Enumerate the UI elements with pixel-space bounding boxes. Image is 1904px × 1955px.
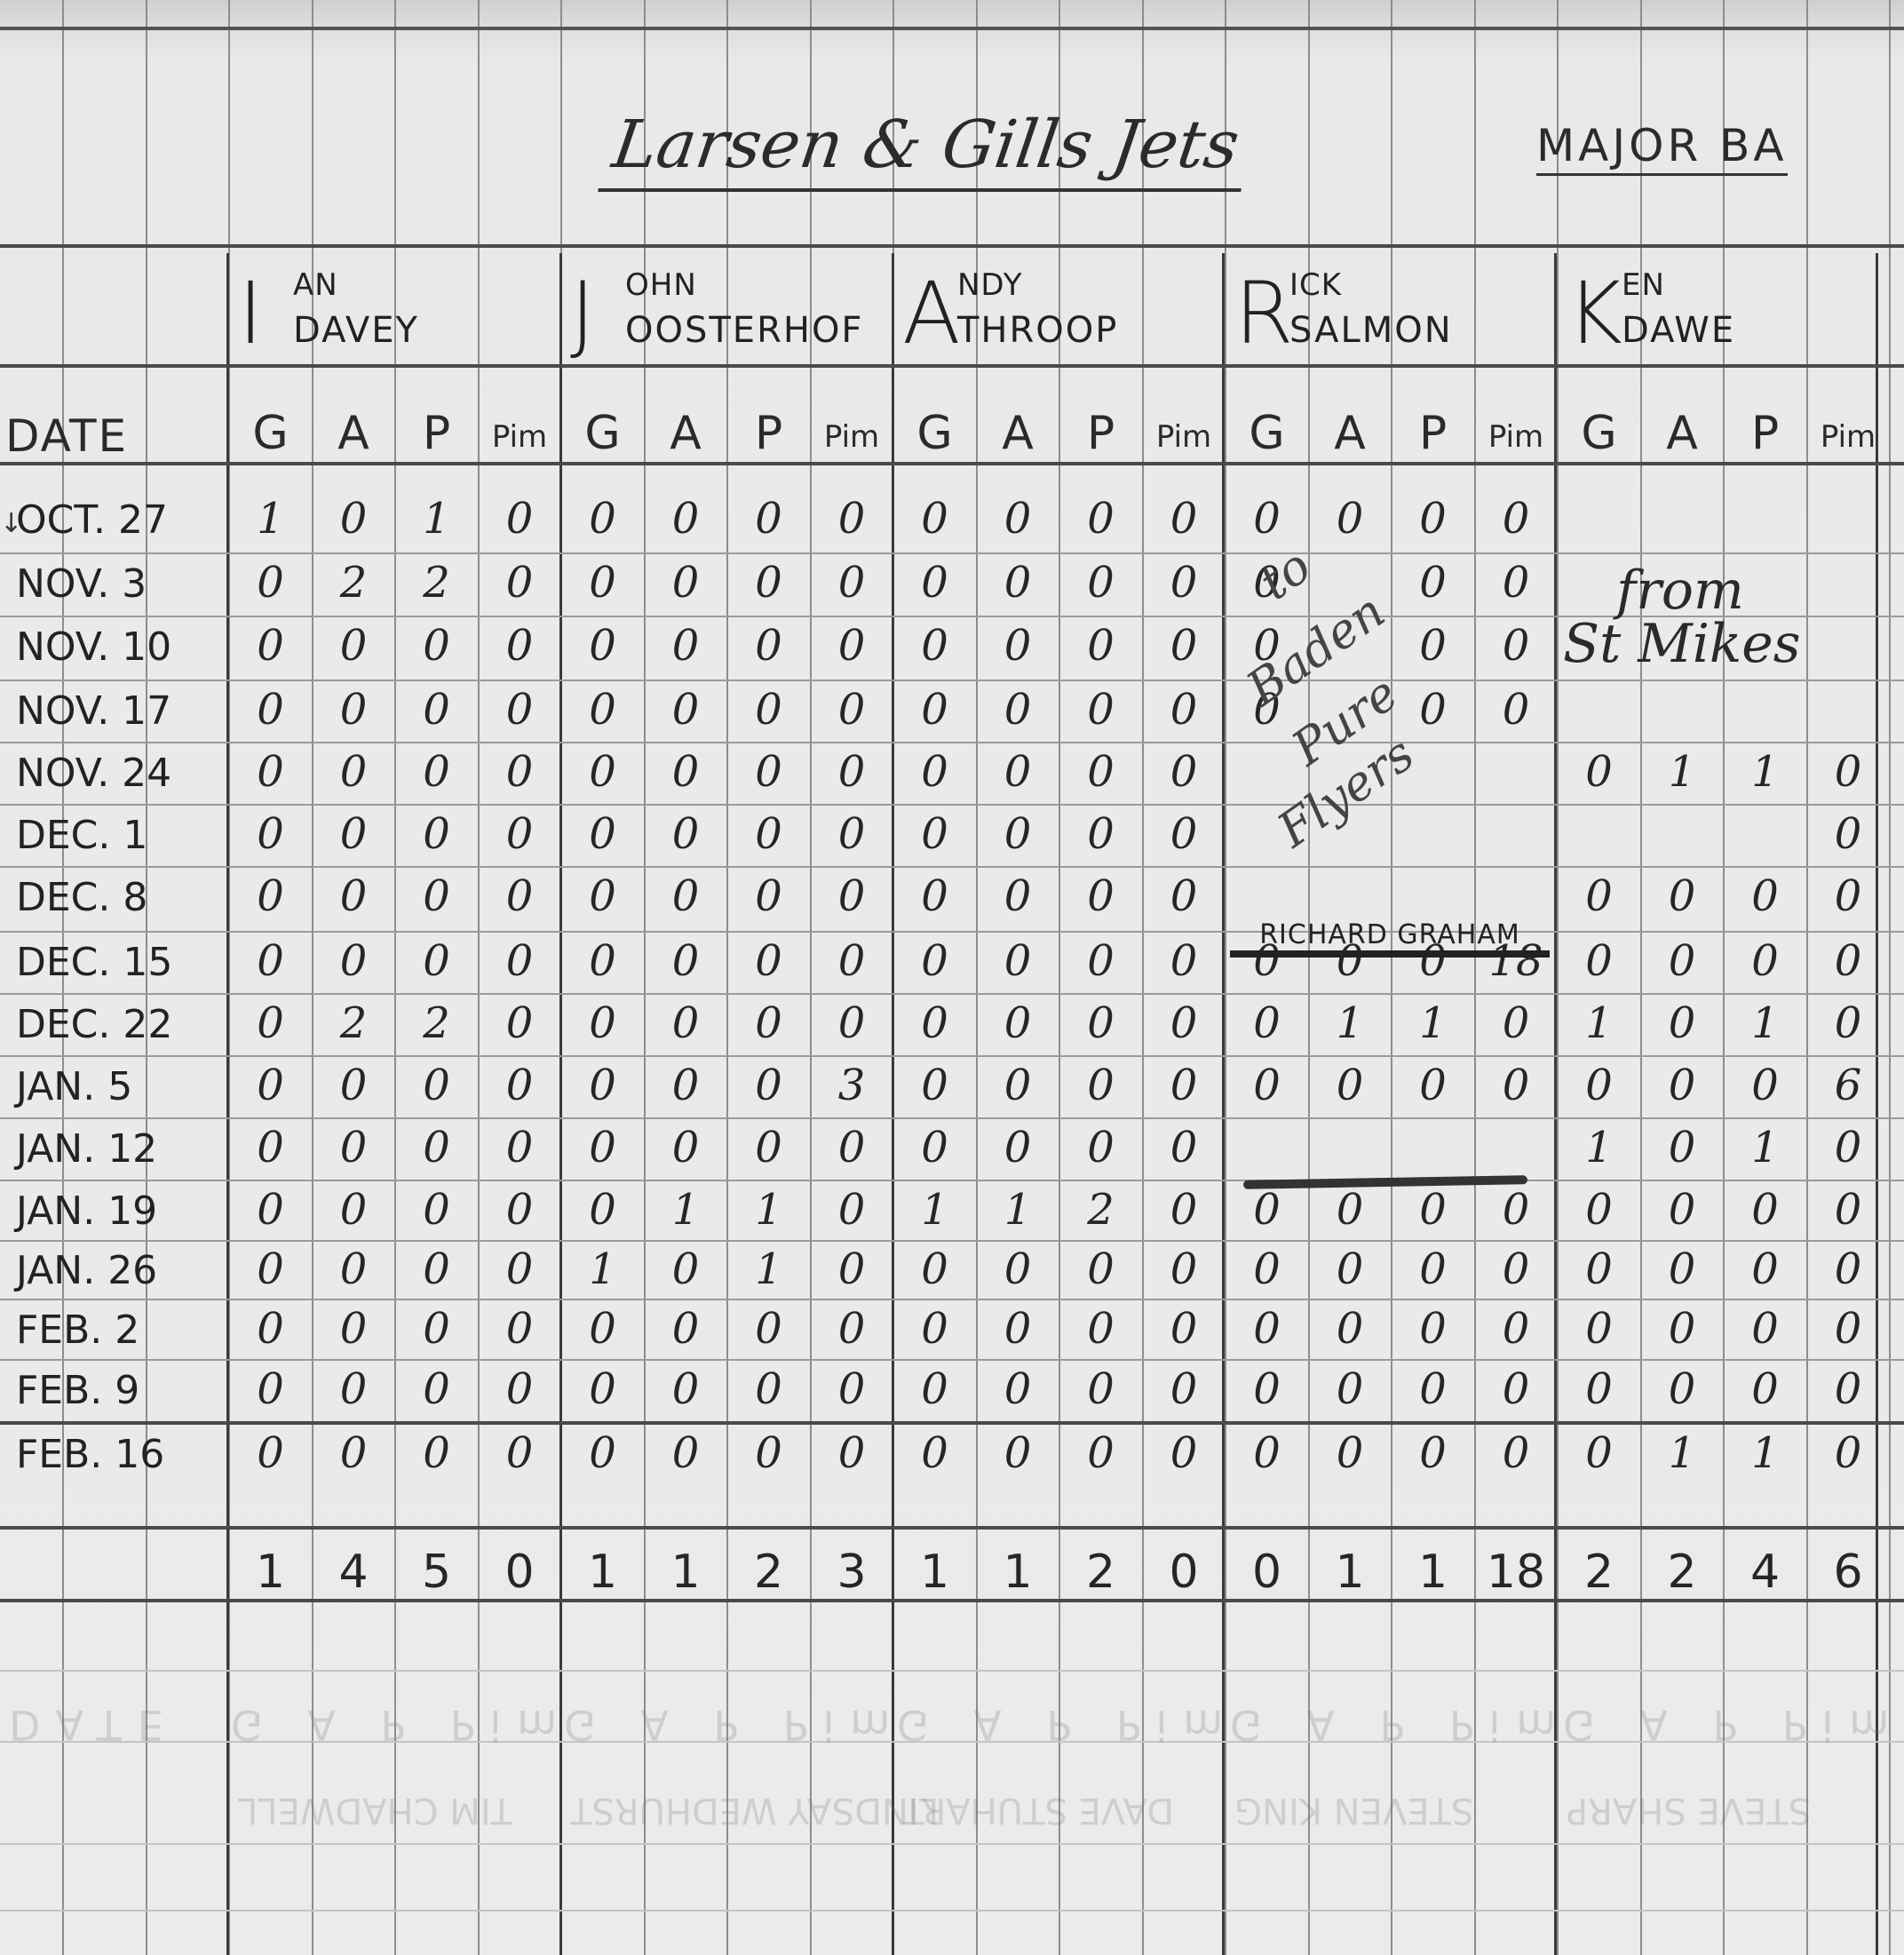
total-cell: 4 <box>1724 1546 1806 1599</box>
stat-cell: 0 <box>977 1244 1059 1294</box>
stat-cell: 0 <box>479 1185 561 1235</box>
stat-cell: 0 <box>1226 1185 1308 1235</box>
stat-cell: 0 <box>1059 1364 1142 1414</box>
note-word: St Mikes <box>1563 613 1801 675</box>
player-initial: I <box>238 271 263 356</box>
stat-cell: 0 <box>727 1304 810 1354</box>
stat-cell: 1 <box>1724 1428 1806 1478</box>
stat-cell: 0 <box>1558 1364 1640 1414</box>
stat-cell: 0 <box>229 1061 312 1110</box>
stat-cell: 0 <box>479 621 561 671</box>
stat-cell: 0 <box>893 621 976 671</box>
game-date: DEC. 22 <box>4 1002 226 1047</box>
stat-cell: 0 <box>479 1364 561 1414</box>
stat-cell: 0 <box>1807 871 1890 921</box>
stat-cell: 0 <box>479 685 561 735</box>
row-rule <box>0 1240 1904 1242</box>
total-cell: 1 <box>1392 1546 1474 1599</box>
stat-cell: 0 <box>229 936 312 986</box>
faint-row-rule <box>0 1910 1904 1911</box>
stat-cell: 0 <box>395 936 478 986</box>
total-cell: 1 <box>893 1546 976 1599</box>
stat-cell: 1 <box>1724 1123 1806 1172</box>
total-cell: 0 <box>479 1546 561 1599</box>
stat-cell: 0 <box>1641 936 1724 986</box>
row-rule <box>0 552 1904 554</box>
top-rule <box>0 27 1904 30</box>
player-header: ANDYTHROOP <box>895 262 1224 364</box>
stat-cell: 0 <box>1059 1428 1142 1478</box>
stat-cell: 1 <box>1558 998 1640 1048</box>
stat-cell: 0 <box>1059 809 1142 859</box>
stat-cell: 0 <box>1059 1244 1142 1294</box>
row-rule <box>0 742 1904 743</box>
row-rule <box>0 804 1904 806</box>
row-rule <box>0 1359 1904 1361</box>
stat-cell: 0 <box>977 621 1059 671</box>
stat-cell: 0 <box>1475 494 1558 544</box>
stat-cell: 0 <box>395 1428 478 1478</box>
stat-cell: 0 <box>229 1428 312 1478</box>
stat-cell: 0 <box>811 871 893 921</box>
stat-cell: 0 <box>811 685 893 735</box>
stat-cell: 0 <box>561 998 644 1048</box>
player-initial: J <box>570 271 595 356</box>
row-rule <box>0 679 1904 681</box>
bleed-name: LINDSAY WEDHURST <box>570 1790 939 1831</box>
game-date: JAN. 26 <box>4 1248 226 1293</box>
section-rule <box>0 1526 1904 1530</box>
stat-cell: 0 <box>1059 998 1142 1048</box>
game-date: OCT. 27 <box>4 497 226 543</box>
arrow-annotation-icon: ↓ <box>0 508 22 539</box>
stat-cell: 0 <box>229 871 312 921</box>
total-cell: 1 <box>1309 1546 1392 1599</box>
stat-cell: 0 <box>645 558 727 608</box>
stat-cell: 0 <box>1392 1244 1474 1294</box>
stat-cell: 0 <box>1143 1061 1226 1110</box>
stat-cell: 0 <box>811 936 893 986</box>
stat-cell: 1 <box>395 494 478 544</box>
stat-cell: 0 <box>1143 685 1226 735</box>
stat-cell: 0 <box>645 998 727 1048</box>
stat-cell: 0 <box>1475 558 1558 608</box>
stat-cell: 0 <box>1724 1364 1806 1414</box>
stat-cell: 0 <box>561 871 644 921</box>
stat-cell: 1 <box>1309 998 1392 1048</box>
stat-cell: 0 <box>1226 1364 1308 1414</box>
bleed-header: G A P Pim <box>1230 1701 1572 1749</box>
stat-cell: 0 <box>977 1364 1059 1414</box>
stat-cell: 0 <box>1143 1304 1226 1354</box>
stat-cell: 0 <box>561 685 644 735</box>
stat-cell: 0 <box>1475 998 1558 1048</box>
player-initial: A <box>902 271 961 356</box>
stat-cell: 0 <box>1226 1061 1308 1110</box>
header-rule <box>0 364 1904 368</box>
stat-cell: 0 <box>395 1185 478 1235</box>
stat-header-g: G <box>893 407 976 460</box>
stat-cell: 0 <box>645 1428 727 1478</box>
stat-cell: 0 <box>1558 1428 1640 1478</box>
stat-cell: 0 <box>893 685 976 735</box>
stat-cell: 0 <box>645 1061 727 1110</box>
total-cell: 4 <box>313 1546 395 1599</box>
row-rule <box>0 1299 1904 1300</box>
stat-cell: 0 <box>811 809 893 859</box>
game-date: JAN. 12 <box>4 1126 226 1172</box>
stat-cell: 0 <box>1059 871 1142 921</box>
stat-cell: 0 <box>1392 621 1474 671</box>
stat-cell: 0 <box>1059 936 1142 986</box>
row-rule <box>0 931 1904 933</box>
stat-cell: 0 <box>727 936 810 986</box>
stat-cell: 0 <box>313 747 395 797</box>
game-date: DEC. 1 <box>4 813 226 858</box>
stat-cell: 0 <box>561 1123 644 1172</box>
stat-cell: 0 <box>1807 809 1890 859</box>
stat-cell: 0 <box>1309 1428 1392 1478</box>
stat-cell: 1 <box>1724 998 1806 1048</box>
stat-header-a: A <box>645 407 727 460</box>
stat-cell: 0 <box>561 1428 644 1478</box>
stat-cell: 3 <box>811 1061 893 1110</box>
row-rule <box>0 866 1904 868</box>
stat-cell: 0 <box>977 998 1059 1048</box>
stat-cell: 0 <box>1143 871 1226 921</box>
total-cell: 3 <box>811 1546 893 1599</box>
stat-header-g: G <box>561 407 644 460</box>
stat-cell: 0 <box>479 1123 561 1172</box>
stat-header-pim: Pim <box>811 419 893 455</box>
stat-cell: 0 <box>229 1123 312 1172</box>
stat-cell: 0 <box>893 1123 976 1172</box>
game-date: JAN. 19 <box>4 1188 226 1234</box>
stat-cell: 0 <box>1143 1364 1226 1414</box>
stat-cell: 0 <box>1226 998 1308 1048</box>
faint-row-rule <box>0 1843 1904 1845</box>
stat-cell: 0 <box>645 936 727 986</box>
stat-cell: 0 <box>479 558 561 608</box>
stat-cell: 0 <box>1641 871 1724 921</box>
total-cell: 1 <box>229 1546 312 1599</box>
header-rule <box>0 462 1904 465</box>
stat-cell: 2 <box>313 558 395 608</box>
stat-cell: 0 <box>1475 1185 1558 1235</box>
stat-cell: 0 <box>229 998 312 1048</box>
stat-cell: 2 <box>395 998 478 1048</box>
stat-cell: 0 <box>1558 1185 1640 1235</box>
stat-cell: 0 <box>645 621 727 671</box>
stat-cell: 0 <box>395 685 478 735</box>
player-initial: K <box>1567 271 1622 356</box>
stat-cell: 0 <box>1807 936 1890 986</box>
stat-cell: 0 <box>1392 1061 1474 1110</box>
bleed-header: G A P Pim <box>1563 1701 1904 1749</box>
stat-header-g: G <box>1226 407 1308 460</box>
stat-cell: 0 <box>1143 809 1226 859</box>
stat-cell: 0 <box>811 1304 893 1354</box>
stat-cell: 0 <box>811 1244 893 1294</box>
stat-cell: 0 <box>1724 1061 1806 1110</box>
stat-cell: 1 <box>561 1244 644 1294</box>
total-cell: 2 <box>727 1546 810 1599</box>
stat-cell: 0 <box>1059 685 1142 735</box>
stat-cell: 0 <box>1226 1244 1308 1294</box>
stat-cell: 0 <box>1059 558 1142 608</box>
stat-cell: 0 <box>229 1364 312 1414</box>
stat-cell: 0 <box>977 1304 1059 1354</box>
stat-cell: 0 <box>893 936 976 986</box>
bleed-name: DAVE STUHART <box>902 1790 1174 1831</box>
stat-header-a: A <box>977 407 1059 460</box>
stat-header-a: A <box>313 407 395 460</box>
stat-cell: 0 <box>645 494 727 544</box>
stat-cell: 6 <box>1807 1061 1890 1110</box>
stat-cell: 0 <box>479 998 561 1048</box>
stat-cell: 0 <box>1807 1185 1890 1235</box>
stat-cell: 1 <box>229 494 312 544</box>
stat-cell: 0 <box>395 809 478 859</box>
stat-cell: 1 <box>727 1244 810 1294</box>
stat-cell: 0 <box>1724 1304 1806 1354</box>
stat-cell: 0 <box>1226 1428 1308 1478</box>
stat-cell: 0 <box>977 1123 1059 1172</box>
game-date: FEB. 9 <box>4 1368 226 1413</box>
stat-cell: 0 <box>1641 1304 1724 1354</box>
stat-cell: 0 <box>1059 1061 1142 1110</box>
header-rule <box>0 244 1904 248</box>
stat-cell: 0 <box>645 1123 727 1172</box>
stat-cell: 0 <box>313 1304 395 1354</box>
stat-cell: 0 <box>1558 871 1640 921</box>
stat-cell: 0 <box>1309 494 1392 544</box>
stat-header-p: P <box>1059 407 1142 460</box>
total-cell: 2 <box>1558 1546 1640 1599</box>
stat-cell: 0 <box>395 621 478 671</box>
player-last-name: DAWE <box>1622 310 1735 351</box>
stat-header-g: G <box>229 407 312 460</box>
stat-cell: 1 <box>1641 747 1724 797</box>
stat-cell: 0 <box>1475 621 1558 671</box>
stat-cell: 0 <box>1143 621 1226 671</box>
stat-cell: 0 <box>479 747 561 797</box>
stat-header-p: P <box>1392 407 1474 460</box>
stat-cell: 0 <box>893 1244 976 1294</box>
stat-cell: 0 <box>479 809 561 859</box>
division-label: MAJOR BA <box>1536 120 1788 176</box>
stat-cell: 0 <box>1392 494 1474 544</box>
stat-cell: 0 <box>479 1428 561 1478</box>
stat-cell: 0 <box>313 1364 395 1414</box>
stat-cell: 0 <box>645 747 727 797</box>
stat-cell: 0 <box>395 1061 478 1110</box>
stat-cell: 0 <box>645 1364 727 1414</box>
player-first-name: EN <box>1622 267 1665 303</box>
stat-header-pim: Pim <box>1143 419 1226 455</box>
section-rule <box>0 1599 1904 1602</box>
stat-cell: 0 <box>811 1185 893 1235</box>
stat-cell: 0 <box>229 809 312 859</box>
stat-header-pim: Pim <box>1475 419 1558 455</box>
total-cell: 0 <box>1143 1546 1226 1599</box>
stat-cell: 0 <box>1475 1428 1558 1478</box>
total-cell: 1 <box>977 1546 1059 1599</box>
stat-cell: 0 <box>1143 1244 1226 1294</box>
stat-cell: 0 <box>1558 936 1640 986</box>
stat-cell: 0 <box>1143 558 1226 608</box>
stat-cell: 0 <box>313 871 395 921</box>
stat-cell: 0 <box>1807 1244 1890 1294</box>
stat-cell: 0 <box>1807 1428 1890 1478</box>
stat-cell: 0 <box>561 1364 644 1414</box>
stat-cell: 0 <box>893 998 976 1048</box>
stat-cell: 0 <box>229 558 312 608</box>
stat-cell: 0 <box>1226 1304 1308 1354</box>
stat-cell: 0 <box>1724 1185 1806 1235</box>
stat-cell: 0 <box>229 621 312 671</box>
stat-cell: 0 <box>313 1185 395 1235</box>
row-rule <box>0 1117 1904 1119</box>
replacement-player-name: RICHARD GRAHAM <box>1230 919 1550 958</box>
stat-cell: 0 <box>561 1185 644 1235</box>
stat-cell: 0 <box>313 936 395 986</box>
stat-cell: 0 <box>1641 1123 1724 1172</box>
stat-cell: 2 <box>1059 1185 1142 1235</box>
stat-cell: 0 <box>1143 936 1226 986</box>
section-rule <box>0 1421 1904 1425</box>
stat-cell: 0 <box>561 809 644 859</box>
stat-cell: 0 <box>1475 1364 1558 1414</box>
stat-cell: 0 <box>395 1123 478 1172</box>
stat-cell: 0 <box>1392 558 1474 608</box>
stat-cell: 0 <box>811 1428 893 1478</box>
player-first-name: AN <box>293 267 338 303</box>
stat-cell: 0 <box>977 685 1059 735</box>
game-date: NOV. 10 <box>4 624 226 670</box>
bleed-name: STEVEN KING <box>1234 1790 1473 1831</box>
stat-cell: 0 <box>1807 998 1890 1048</box>
stat-cell: 0 <box>561 1304 644 1354</box>
stat-cell: 0 <box>561 1061 644 1110</box>
total-cell: 1 <box>561 1546 644 1599</box>
stat-cell: 0 <box>479 1244 561 1294</box>
stat-cell: 0 <box>1641 1061 1724 1110</box>
stat-cell: 0 <box>1059 494 1142 544</box>
stat-cell: 0 <box>1807 1304 1890 1354</box>
stat-cell: 0 <box>1309 1185 1392 1235</box>
stat-cell: 0 <box>977 558 1059 608</box>
stat-header-p: P <box>395 407 478 460</box>
player-last-name: SALMON <box>1289 310 1453 351</box>
stat-cell: 0 <box>977 936 1059 986</box>
total-cell: 0 <box>1226 1546 1308 1599</box>
stat-cell: 0 <box>811 998 893 1048</box>
player-first-name: OHN <box>625 267 697 303</box>
date-column-header: DATE <box>5 410 128 462</box>
stat-cell: 0 <box>561 747 644 797</box>
stat-cell: 0 <box>1558 747 1640 797</box>
stat-cell: 0 <box>1475 1061 1558 1110</box>
stat-cell: 0 <box>1724 936 1806 986</box>
stat-cell: 0 <box>893 1428 976 1478</box>
stat-cell: 0 <box>811 747 893 797</box>
stat-cell: 0 <box>1143 998 1226 1048</box>
game-date: NOV. 3 <box>4 561 226 607</box>
total-cell: 18 <box>1475 1546 1558 1599</box>
stat-cell: 0 <box>1558 1304 1640 1354</box>
stat-cell: 0 <box>395 1304 478 1354</box>
stat-cell: 0 <box>893 871 976 921</box>
stat-cell: 0 <box>1392 1364 1474 1414</box>
stat-cell: 1 <box>645 1185 727 1235</box>
total-cell: 1 <box>645 1546 727 1599</box>
stat-cell: 0 <box>893 1304 976 1354</box>
player-last-name: DAVEY <box>293 310 419 351</box>
stat-cell: 0 <box>1392 1304 1474 1354</box>
game-date: FEB. 16 <box>4 1432 226 1477</box>
game-date: NOV. 24 <box>4 751 226 796</box>
stat-cell: 0 <box>977 1061 1059 1110</box>
stat-cell: 0 <box>645 871 727 921</box>
stat-cell: 0 <box>479 1304 561 1354</box>
stat-cell: 0 <box>1641 1185 1724 1235</box>
stat-cell: 0 <box>1309 1364 1392 1414</box>
player-last-name: OOSTERHOF <box>625 310 863 351</box>
bleed-name: TIM CHADWELL <box>238 1790 512 1831</box>
stat-cell: 0 <box>893 1364 976 1414</box>
bleed-header: G A P Pim <box>897 1701 1239 1749</box>
stat-cell: 0 <box>395 1244 478 1294</box>
stat-cell: 1 <box>1641 1428 1724 1478</box>
stat-cell: 0 <box>893 558 976 608</box>
bleed-header: G A P Pim <box>231 1701 573 1749</box>
stat-cell: 0 <box>313 1428 395 1478</box>
bleed-header: G A P Pim <box>564 1701 906 1749</box>
faint-row-rule <box>0 1670 1904 1672</box>
player-header: KENDAWE <box>1559 262 1888 364</box>
stat-cell: 0 <box>727 1123 810 1172</box>
stat-cell: 1 <box>893 1185 976 1235</box>
stat-cell: 0 <box>727 809 810 859</box>
stat-cell: 0 <box>229 747 312 797</box>
stat-cell: 0 <box>229 1244 312 1294</box>
stat-cell: 0 <box>1143 747 1226 797</box>
total-cell: 2 <box>1059 1546 1142 1599</box>
row-rule <box>0 993 1904 995</box>
stat-cell: 0 <box>977 871 1059 921</box>
stat-cell: 0 <box>727 871 810 921</box>
stat-cell: 0 <box>1475 1304 1558 1354</box>
stat-cell: 0 <box>977 747 1059 797</box>
game-date: DEC. 15 <box>4 940 226 985</box>
game-date: DEC. 8 <box>4 875 226 920</box>
stat-cell: 0 <box>811 494 893 544</box>
stat-cell: 0 <box>1309 1244 1392 1294</box>
stat-cell: 0 <box>561 558 644 608</box>
stat-cell: 1 <box>977 1185 1059 1235</box>
stat-cell: 0 <box>977 494 1059 544</box>
stat-cell: 0 <box>893 809 976 859</box>
stat-cell: 0 <box>229 1304 312 1354</box>
stat-cell: 0 <box>1641 998 1724 1048</box>
stat-cell: 0 <box>893 1061 976 1110</box>
stat-cell: 0 <box>1143 1428 1226 1478</box>
game-date: FEB. 2 <box>4 1307 226 1353</box>
stat-cell: 0 <box>313 809 395 859</box>
stat-cell: 0 <box>811 621 893 671</box>
stat-cell: 0 <box>977 1428 1059 1478</box>
